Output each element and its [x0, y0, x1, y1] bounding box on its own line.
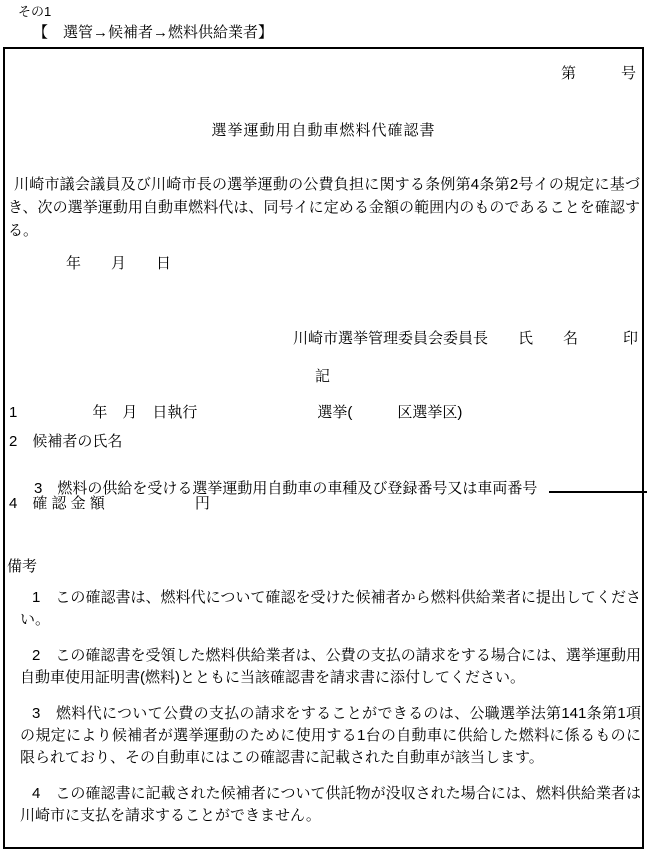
note-1: 1 この確認書は、燃料代について確認を受けた候補者から燃料供給業者に提出してくだ… — [5, 587, 641, 631]
signer-line: 川崎市選挙管理委員会委員長 氏 名印 — [268, 310, 638, 365]
doc-number: 第 号 — [561, 62, 636, 83]
date-line: 年 月 日 — [66, 252, 171, 273]
document-page: その1 【 選管→候補者→燃料供給業者】 第 号 選挙運動用自動車燃料代確認書 … — [0, 0, 647, 854]
note-2: 2 この確認書を受領した燃料供給業者は、公費の支払の請求をする場合には、選挙運動… — [5, 645, 641, 689]
note-3: 3 燃料代について公費の支払の請求をすることができるのは、公職選挙法第141条第… — [5, 703, 641, 769]
item-confirmed-amount: 4 確 認 金 額 円 — [9, 492, 210, 513]
record-heading: 記 — [5, 365, 642, 386]
signer-label: 川崎市選挙管理委員会委員長 氏 名 — [293, 330, 578, 347]
item-candidate-name: 2 候補者の氏名 — [9, 430, 122, 451]
form-title: 選挙運動用自動車燃料代確認書 — [5, 119, 642, 140]
notes-heading: 備考 — [7, 555, 37, 576]
notes-section: 1 この確認書は、燃料代について確認を受けた候補者から燃料供給業者に提出してくだ… — [5, 587, 641, 841]
sheet-label: その1 — [18, 1, 51, 20]
seal-label: 印 — [623, 330, 638, 347]
route-label: 【 選管→候補者→燃料供給業者】 — [33, 21, 273, 42]
body-paragraph: 川崎市議会議員及び川崎市長の選挙運動の公費負担に関する条例第4条第2号イの規定に… — [8, 173, 640, 242]
note-4: 4 この確認書に記載された候補者について供託物が没収された場合には、燃料供給業者… — [5, 783, 641, 827]
form-box: 第 号 選挙運動用自動車燃料代確認書 川崎市議会議員及び川崎市長の選挙運動の公費… — [3, 47, 644, 849]
vehicle-number-blank — [549, 478, 647, 493]
item-election-date: 1 年 月 日執行 選挙( 区選挙区) — [9, 401, 462, 422]
